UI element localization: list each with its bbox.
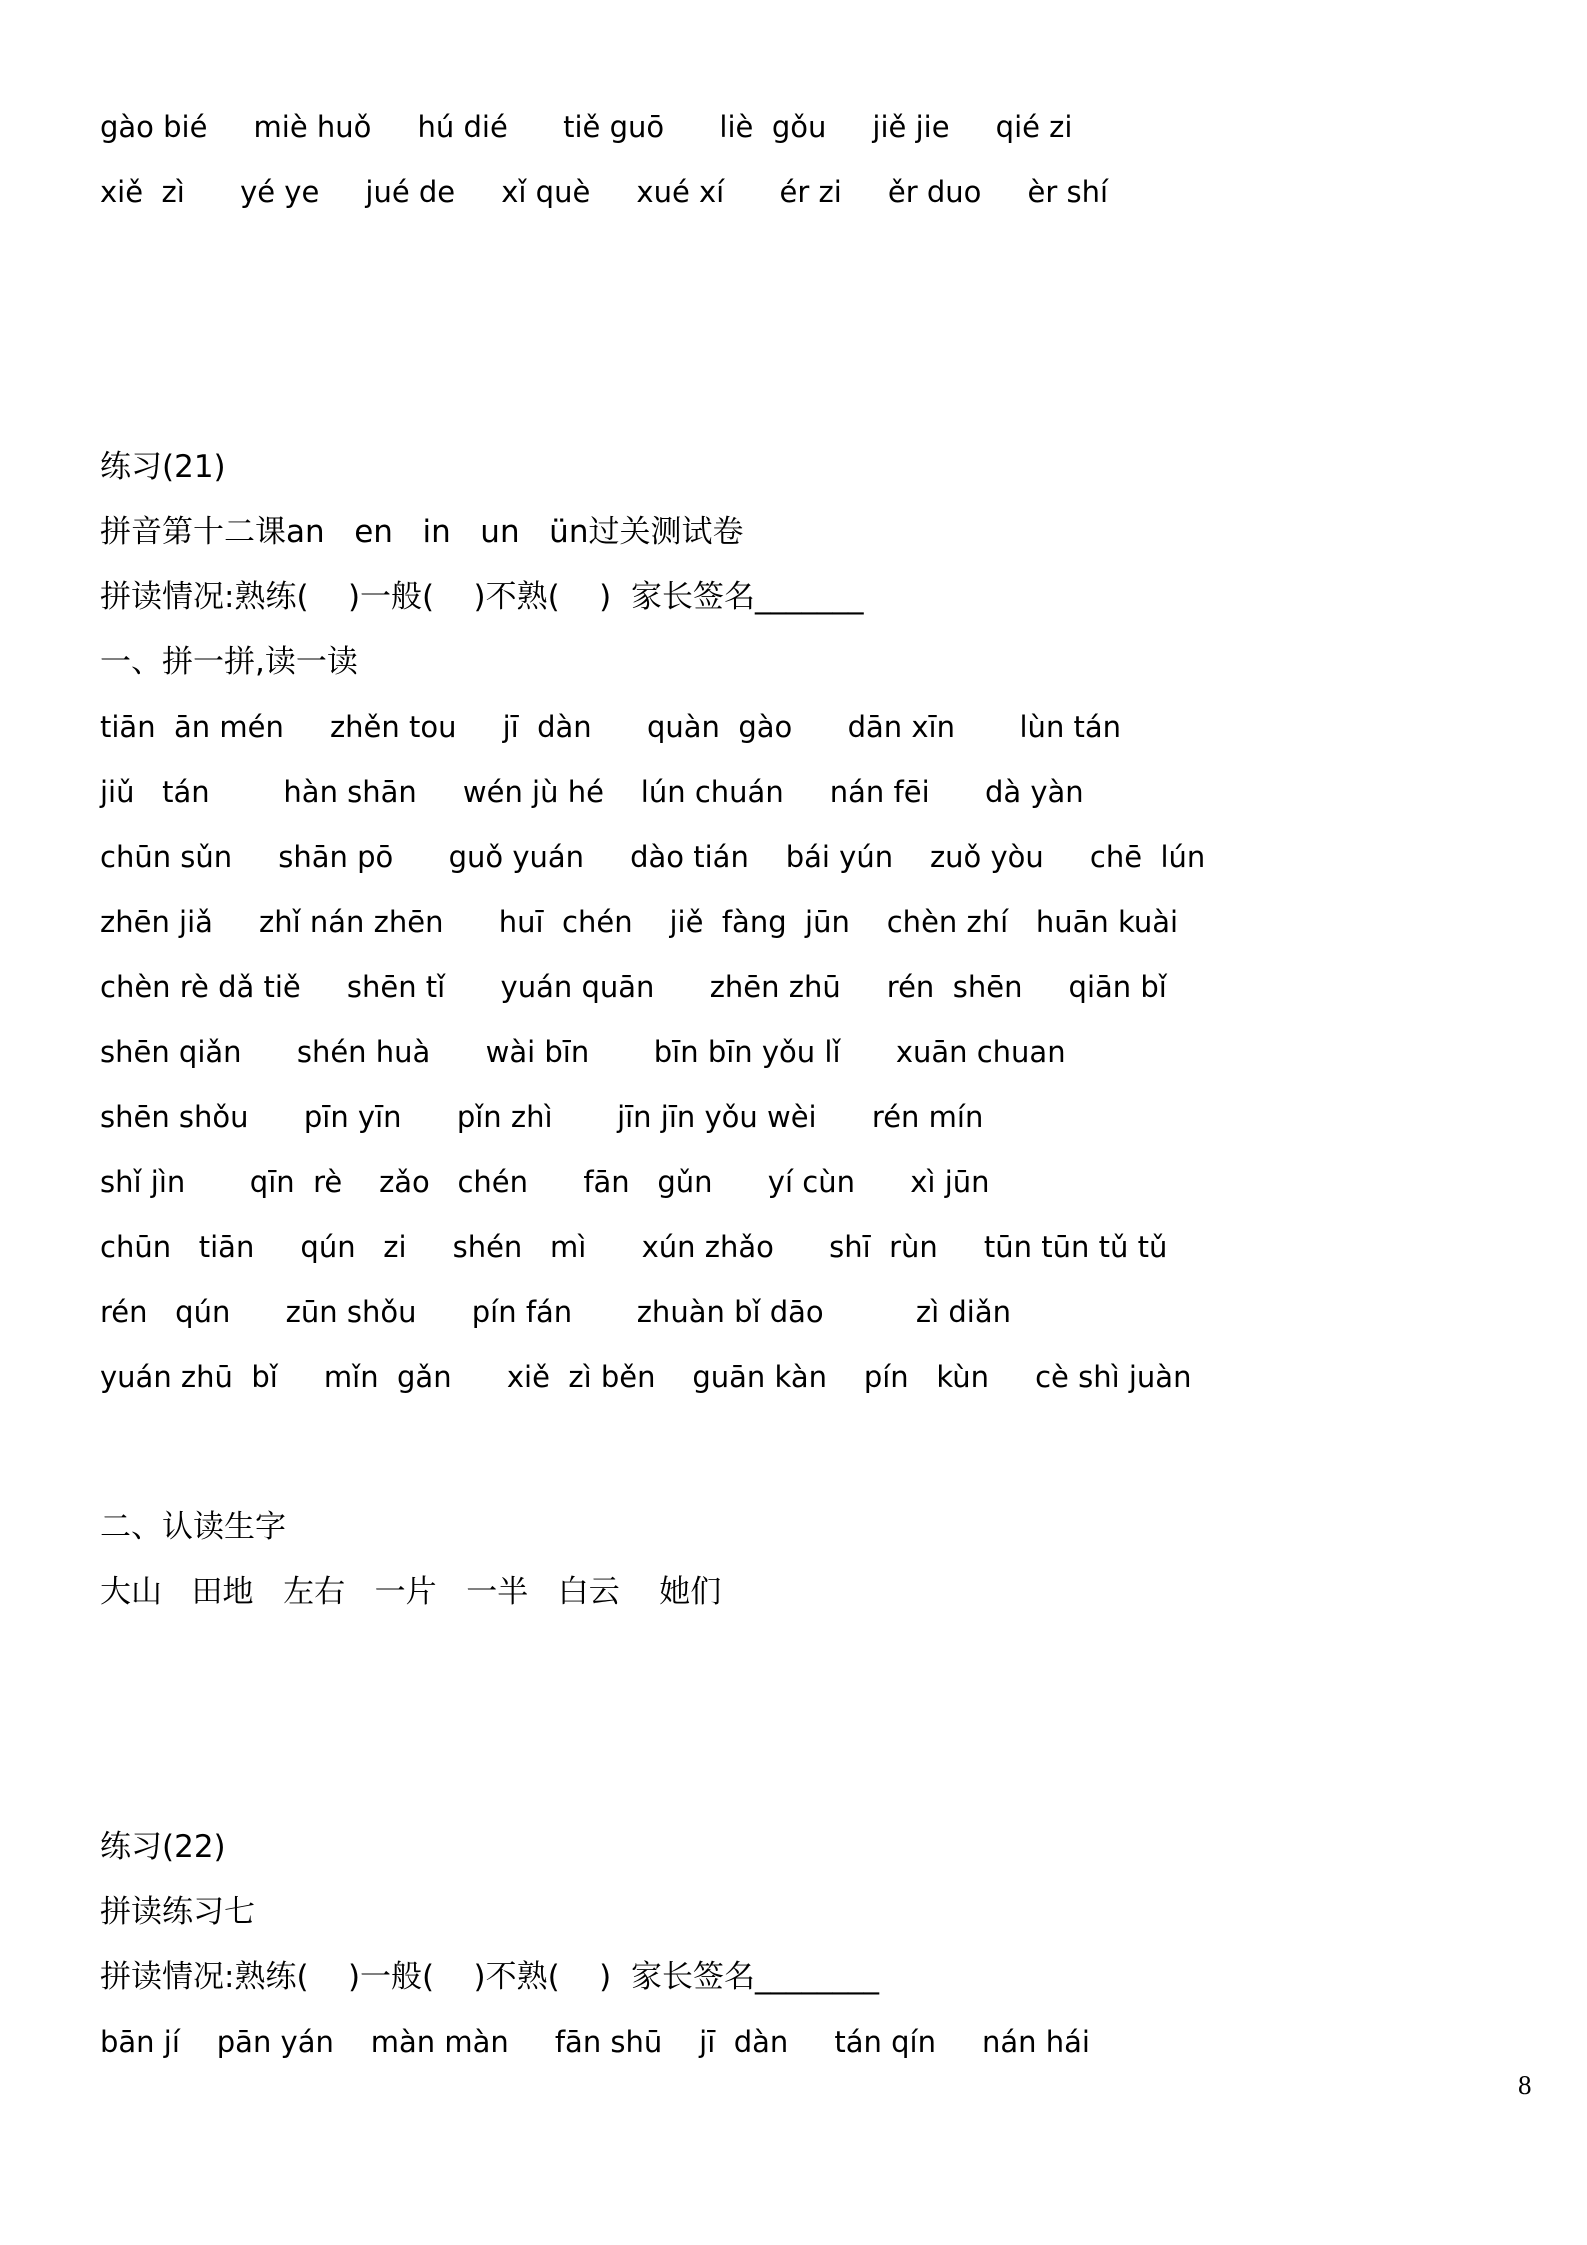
pinyin-line: tiān ān mén zhěn tou jī dàn quàn gào dān… [100, 695, 1527, 760]
section-title-exercise-22: 练习(22) [100, 1815, 1527, 1880]
pinyin-line: zhēn jiǎ zhǐ nán zhēn huī chén jiě fàng … [100, 890, 1527, 955]
pinyin-line: jiǔ tán hàn shān wén jù hé lún chuán nán… [100, 760, 1527, 825]
pinyin-line: gào bié miè huǒ hú dié tiě guō liè gǒu j… [100, 95, 1527, 160]
pinyin-line: chūn tiān qún zi shén mì xún zhǎo shī rù… [100, 1215, 1527, 1280]
section-title-exercise-21: 练习(21) [100, 435, 1527, 500]
section-subtitle: 拼读练习七 [100, 1880, 1527, 1945]
pinyin-line: chèn rè dǎ tiě shēn tǐ yuán quān zhēn zh… [100, 955, 1527, 1020]
pinyin-line: yuán zhū bǐ mǐn gǎn xiě zì běn guān kàn … [100, 1345, 1527, 1410]
page-content: gào bié miè huǒ hú dié tiě guō liè gǒu j… [100, 95, 1527, 2075]
reading-status-line: 拼读情况:熟练( )一般( )不熟( ) 家长签名________ [100, 1945, 1527, 2010]
part1-heading: 一、拼一拼,读一读 [100, 630, 1527, 695]
pinyin-line: shǐ jìn qīn rè zǎo chén fān gǔn yí cùn x… [100, 1150, 1527, 1215]
pinyin-line: shēn shǒu pīn yīn pǐn zhì jīn jīn yǒu wè… [100, 1085, 1527, 1150]
pinyin-line: shēn qiǎn shén huà wài bīn bīn bīn yǒu l… [100, 1020, 1527, 1085]
pinyin-line: rén qún zūn shǒu pín fán zhuàn bǐ dāo zì… [100, 1280, 1527, 1345]
page-number: 8 [1518, 2070, 1532, 2100]
characters-line: 大山 田地 左右 一片 一半 白云 她们 [100, 1560, 1527, 1625]
worksheet-page: gào bié miè huǒ hú dié tiě guō liè gǒu j… [0, 0, 1587, 2245]
pinyin-line: bān jí pān yán màn màn fān shū jī dàn tá… [100, 2010, 1527, 2075]
pinyin-line: chūn sǔn shān pō guǒ yuán dào tián bái y… [100, 825, 1527, 890]
section-subtitle: 拼音第十二课an en in un ün过关测试卷 [100, 500, 1527, 565]
part2-heading: 二、认读生字 [100, 1495, 1527, 1560]
pinyin-line: xiě zì yé ye jué de xǐ què xué xí ér zi … [100, 160, 1527, 225]
reading-status-line: 拼读情况:熟练( )一般( )不熟( ) 家长签名_______ [100, 565, 1527, 630]
